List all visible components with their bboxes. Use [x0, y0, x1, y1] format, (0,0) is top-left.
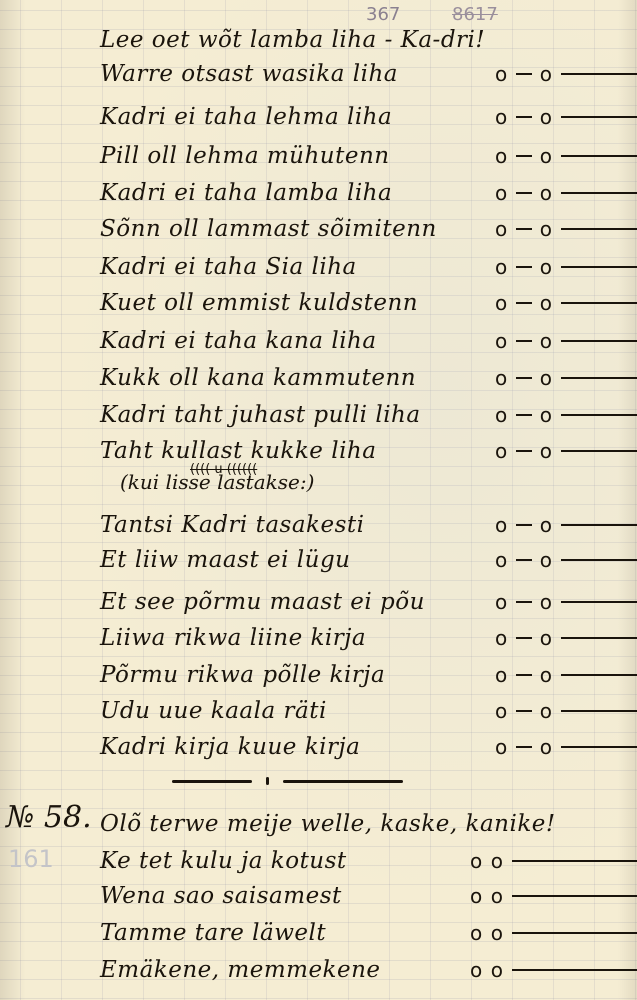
verse-text: Kuet oll emmist kuldstenn — [100, 290, 418, 316]
meter-mark: oo — [495, 699, 637, 723]
verse-line: Et see põrmu maast ei põuoo — [100, 584, 625, 620]
verse-line: Tamme tare läweltoo — [100, 915, 625, 951]
verse-text: Wena sao saisamest — [100, 883, 342, 909]
verse-text: Sõnn oll lammast sõimitenn — [100, 216, 437, 242]
meter-mark: oo — [495, 366, 637, 390]
verse-line: Et liiw maast ei lüguoo — [100, 542, 625, 578]
section-divider — [172, 775, 412, 787]
meter-mark: oo — [495, 105, 637, 129]
meter-mark: oo — [495, 291, 637, 315]
verse-line: Sõnn oll lammast sõimitennoo — [100, 211, 625, 247]
verse-line: Kadri kirja kuue kirjaoo — [100, 729, 625, 765]
verse-text: Emäkene, memmekene — [100, 957, 381, 983]
meter-mark: oo — [495, 590, 637, 614]
performance-note: (kui lisse lastakse:) — [120, 470, 314, 494]
song1-title-line: Lee oet wõt lamba liha - Ka-dri! — [100, 22, 625, 58]
verse-text: Põrmu rikwa põlle kirja — [100, 662, 385, 688]
meter-mark: oo — [495, 144, 637, 168]
verse-text: Ke tet kulu ja kotust — [100, 848, 347, 874]
verse-text: Tamme tare läwelt — [100, 920, 326, 946]
verse-line: Taht kullast kukke lihaoo — [100, 433, 625, 469]
song2-title-line: Olõ terwe meije welle, kaske, kanike! — [100, 806, 625, 842]
verse-text: Olõ terwe meije welle, kaske, kanike! — [100, 811, 556, 837]
meter-mark: oo — [470, 958, 637, 982]
verse-text: Liiwa rikwa liine kirja — [100, 625, 366, 651]
verse-line: Tantsi Kadri tasakestioo — [100, 507, 625, 543]
verse-line: Kuet oll emmist kuldstennoo — [100, 285, 625, 321]
verse-line: Kadri ei taha lehma lihaoo — [100, 99, 625, 135]
meter-mark: oo — [470, 884, 637, 908]
verse-line: Ke tet kulu ja kotustoo — [100, 843, 625, 879]
verse-text: Warre otsast wasika liha — [100, 61, 398, 87]
pencil-margin-note: 161 — [8, 845, 54, 873]
verse-line: Emäkene, memmekeneoo — [100, 952, 625, 988]
verse-line: Kadri ei taha Sia lihaoo — [100, 249, 625, 285]
verse-line: Kadri ei taha kana lihaoo — [100, 323, 625, 359]
meter-mark: oo — [470, 921, 637, 945]
verse-text: Kadri ei taha Sia liha — [100, 254, 357, 280]
verse-line: Liiwa rikwa liine kirjaoo — [100, 620, 625, 656]
verse-text: Kadri ei taha lehma liha — [100, 104, 392, 130]
meter-mark: oo — [470, 849, 637, 873]
verse-line: Kukk oll kana kammutennoo — [100, 360, 625, 396]
verse-line: Kadri taht juhast pulli lihaoo — [100, 397, 625, 433]
verse-text: Lee oet wõt lamba liha - Ka-dri! — [100, 27, 485, 53]
verse-text: Udu uue kaala räti — [100, 698, 327, 724]
meter-mark: oo — [495, 217, 637, 241]
verse-line: Pill oll lehma mühutennoo — [100, 138, 625, 174]
meter-mark: oo — [495, 403, 637, 427]
verse-text: Kadri ei taha lamba liha — [100, 180, 392, 206]
verse-text: Taht kullast kukke liha — [100, 438, 376, 464]
verse-line: Udu uue kaala rätioo — [100, 693, 625, 729]
meter-mark: oo — [495, 329, 637, 353]
meter-mark: oo — [495, 513, 637, 537]
meter-mark: oo — [495, 62, 637, 86]
verse-line: Wena sao saisamestoo — [100, 878, 625, 914]
meter-mark: oo — [495, 735, 637, 759]
verse-text: Kukk oll kana kammutenn — [100, 365, 416, 391]
verse-text: Kadri ei taha kana liha — [100, 328, 377, 354]
meter-mark: oo — [495, 663, 637, 687]
verse-text: Kadri kirja kuue kirja — [100, 734, 360, 760]
meter-mark: oo — [495, 255, 637, 279]
verse-text: Et liiw maast ei lügu — [100, 547, 350, 573]
verse-text: Tantsi Kadri tasakesti — [100, 512, 365, 538]
verse-text: Et see põrmu maast ei põu — [100, 589, 425, 615]
song-number: № 58. — [6, 800, 92, 835]
verse-text: Kadri taht juhast pulli liha — [100, 402, 421, 428]
meter-mark: oo — [495, 181, 637, 205]
verse-text: Pill oll lehma mühutenn — [100, 143, 390, 169]
verse-line: Põrmu rikwa põlle kirjaoo — [100, 657, 625, 693]
verse-line: Kadri ei taha lamba lihaoo — [100, 175, 625, 211]
meter-mark: oo — [495, 626, 637, 650]
meter-mark: oo — [495, 439, 637, 463]
verse-line: Warre otsast wasika lihaoo — [100, 56, 625, 92]
meter-mark: oo — [495, 548, 637, 572]
